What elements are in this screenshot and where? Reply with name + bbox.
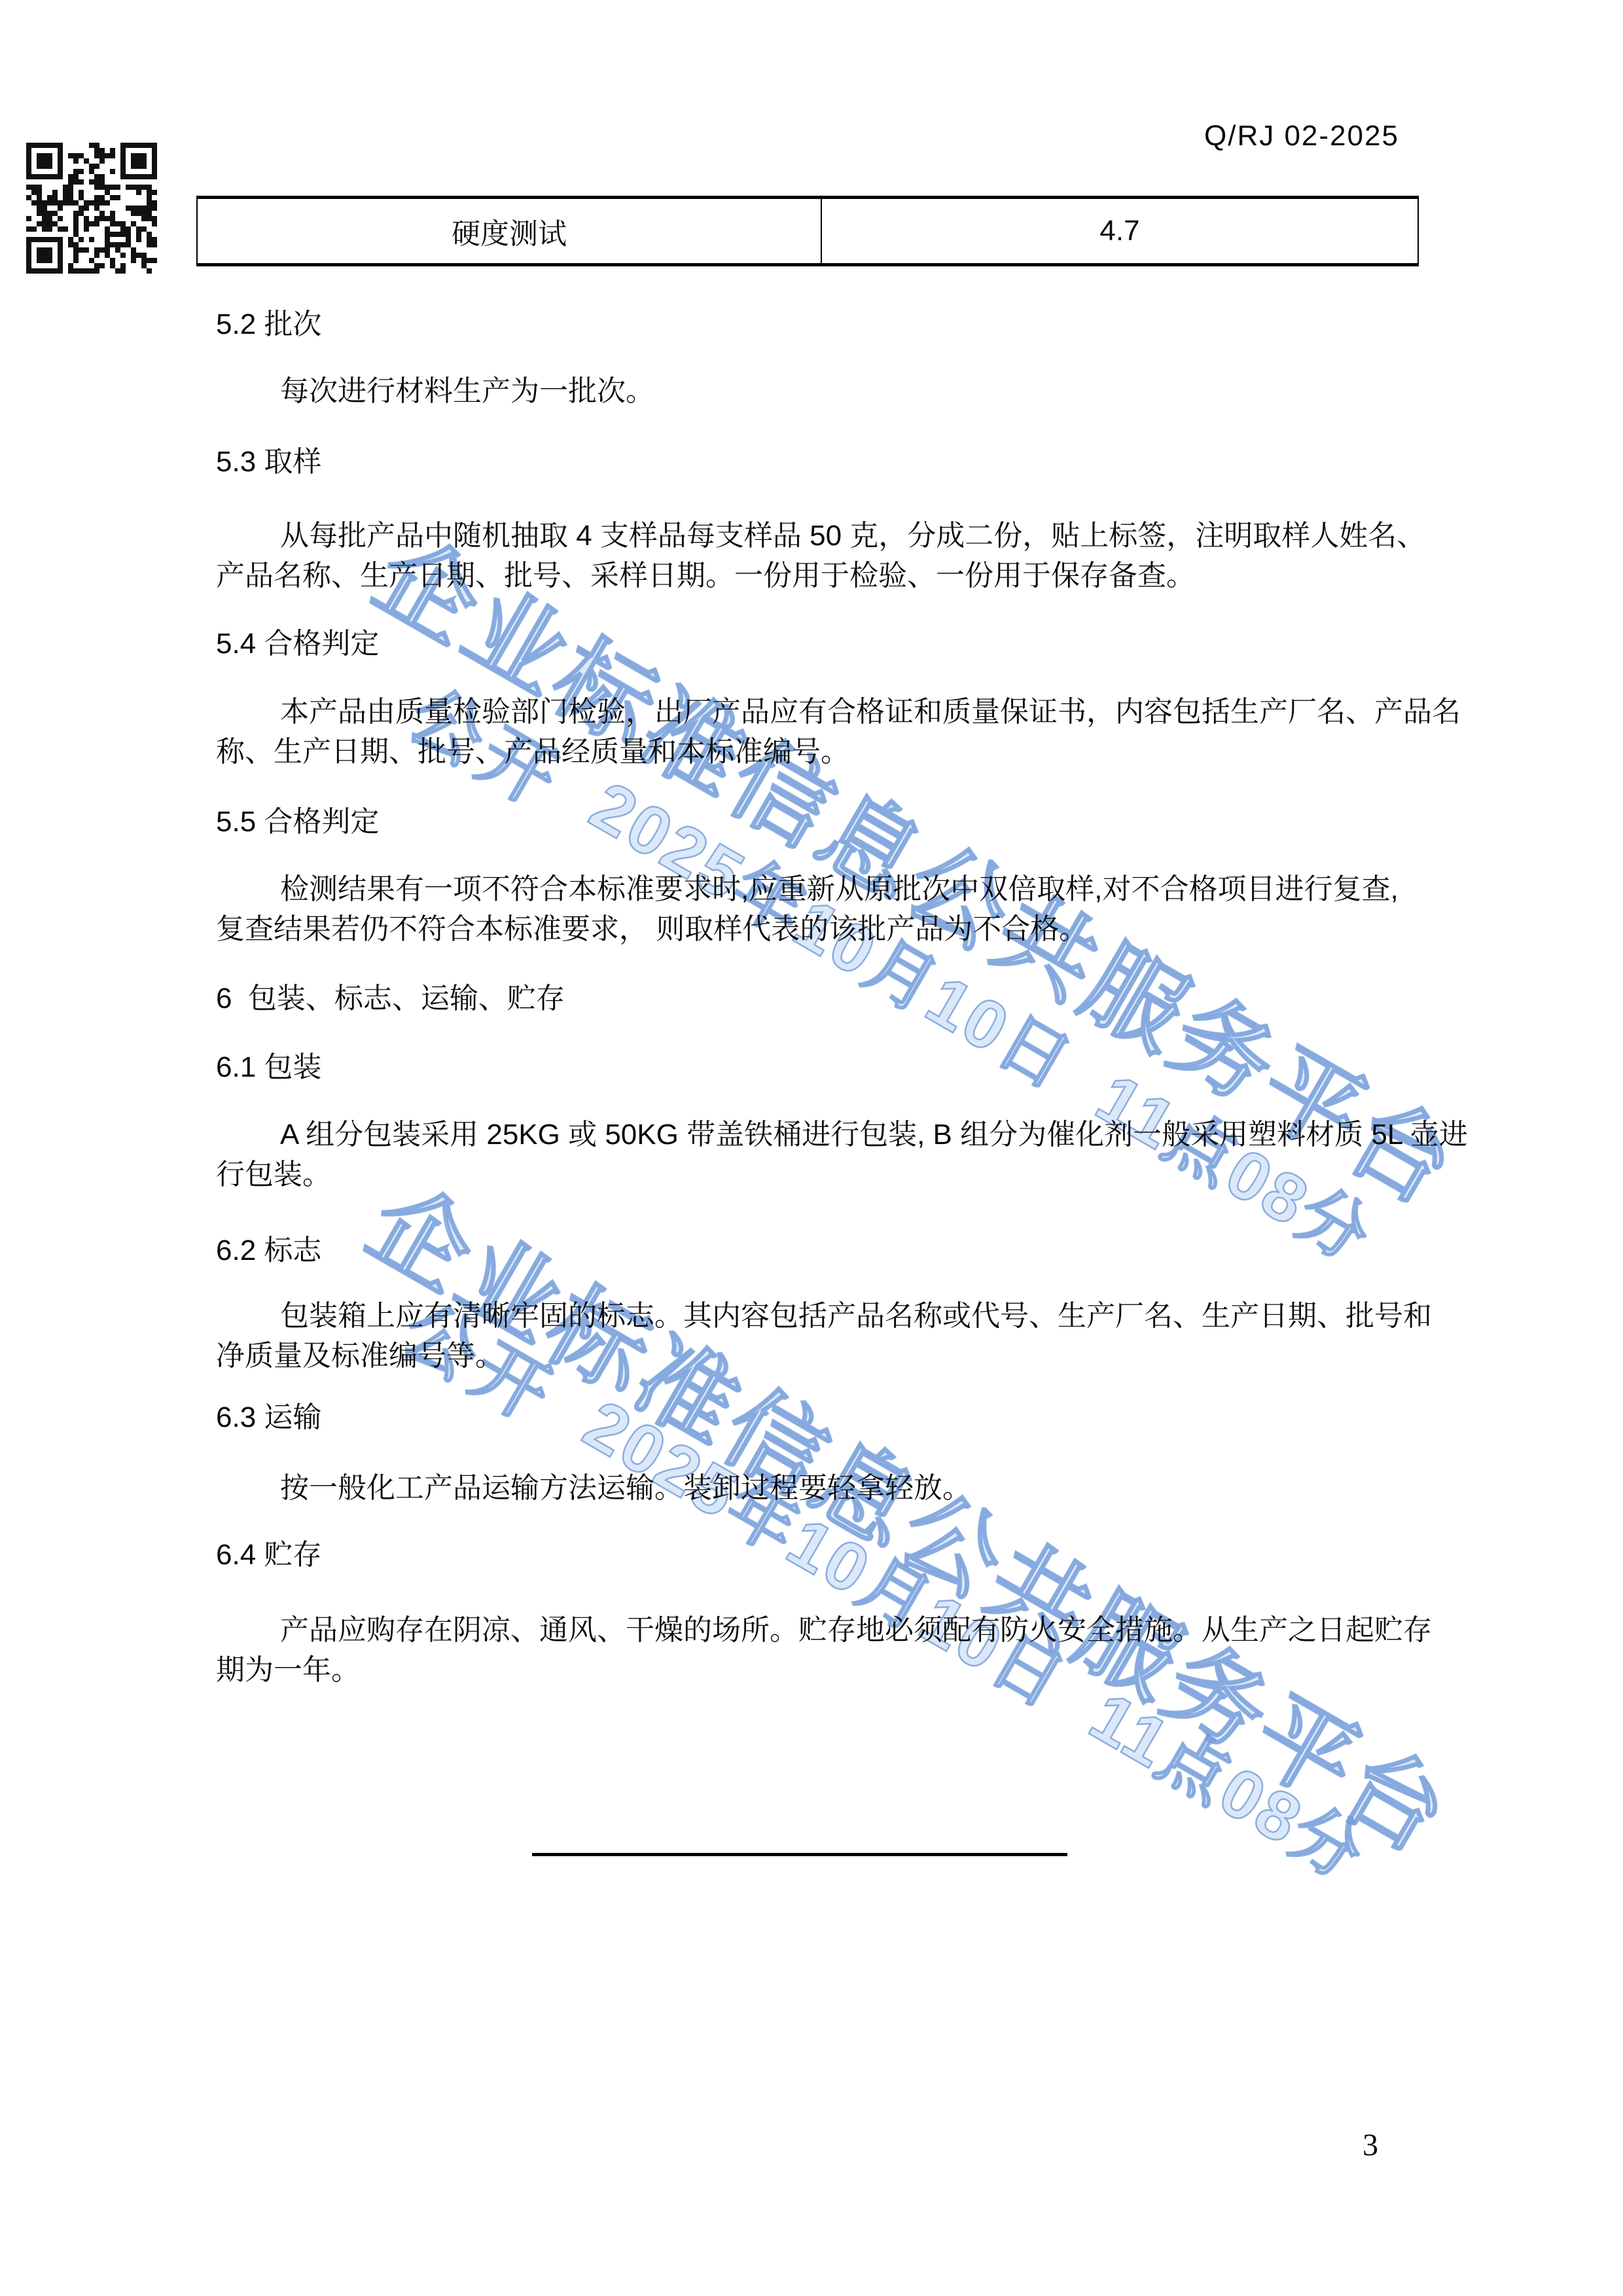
spec-table: 硬度测试 4.7 xyxy=(196,196,1419,266)
qr-code-image xyxy=(26,143,157,274)
section-heading-5-3: 5.3 取样 xyxy=(216,445,321,479)
paragraph-line: A 组分包装采用 25KG 或 50KG 带盖铁桶进行包装, B 组分为催化剂一… xyxy=(280,1118,1468,1152)
paragraph-line: 行包装。 xyxy=(216,1158,331,1192)
section-heading-6: 6 包装、标志、运输、贮存 xyxy=(216,982,565,1016)
section-heading-5-2: 5.2 批次 xyxy=(216,308,321,342)
doc-code: Q/RJ 02-2025 xyxy=(1204,122,1399,151)
paragraph-line: 称、生产日期、批号、产品经质量和本标准编号。 xyxy=(216,735,849,769)
paragraph-line: 复查结果若仍不符合本标准要求， 则取样代表的该批产品为不合格。 xyxy=(216,912,1088,946)
table-cell-test-name: 硬度测试 xyxy=(197,198,821,265)
paragraph-line: 从每批产品中随机抽取 4 支样品每支样品 50 克，分成二份，贴上标签，注明取样… xyxy=(280,519,1425,553)
table-row: 硬度测试 4.7 xyxy=(197,198,1418,265)
paragraph-line: 按一般化工产品运输方法运输。装卸过程要轻拿轻放。 xyxy=(280,1471,971,1505)
document-page: 企业标准信息公共服务平台 公开 2025年10月10日 11点08分 企业标准信… xyxy=(0,0,1623,2296)
section-heading-6-3: 6.3 运输 xyxy=(216,1401,321,1435)
section-heading-6-1: 6.1 包装 xyxy=(216,1050,321,1085)
section-heading-6-2: 6.2 标志 xyxy=(216,1234,321,1268)
section-heading-5-4: 5.4 合格判定 xyxy=(216,627,379,661)
paragraph-line: 每次进行材料生产为一批次。 xyxy=(280,374,654,408)
paragraph-line: 检测结果有一项不符合本标准要求时,应重新从原批次中双倍取样,对不合格项目进行复查… xyxy=(280,872,1399,906)
paragraph-line: 本产品由质量检验部门检验，出厂产品应有合格证和质量保证书，内容包括生产厂名、产品… xyxy=(280,695,1461,729)
paragraph-line: 包装箱上应有清晰牢固的标志。其内容包括产品名称或代号、生产厂名、生产日期、批号和 xyxy=(280,1299,1432,1333)
table-cell-test-value: 4.7 xyxy=(821,198,1418,265)
paragraph-line: 净质量及标准编号等。 xyxy=(216,1339,504,1373)
section-heading-6-4: 6.4 贮存 xyxy=(216,1538,321,1572)
paragraph-line: 期为一年。 xyxy=(216,1653,360,1687)
page-number: 3 xyxy=(1363,2127,1378,2163)
section-heading-5-5: 5.5 合格判定 xyxy=(216,805,379,839)
content-layer: Q/RJ 02-2025 硬度测试 4.7 5.2 批次 每次进行材料生产为一批… xyxy=(0,0,1623,2296)
footnote-divider xyxy=(532,1853,1067,1856)
paragraph-line: 产品应购存在阴凉、通风、干燥的场所。贮存地必须配有防火安全措施。从生产之日起贮存 xyxy=(280,1613,1432,1647)
paragraph-line: 产品名称、生产日期、批号、采样日期。一份用于检验、一份用于保存备查。 xyxy=(216,559,1195,593)
